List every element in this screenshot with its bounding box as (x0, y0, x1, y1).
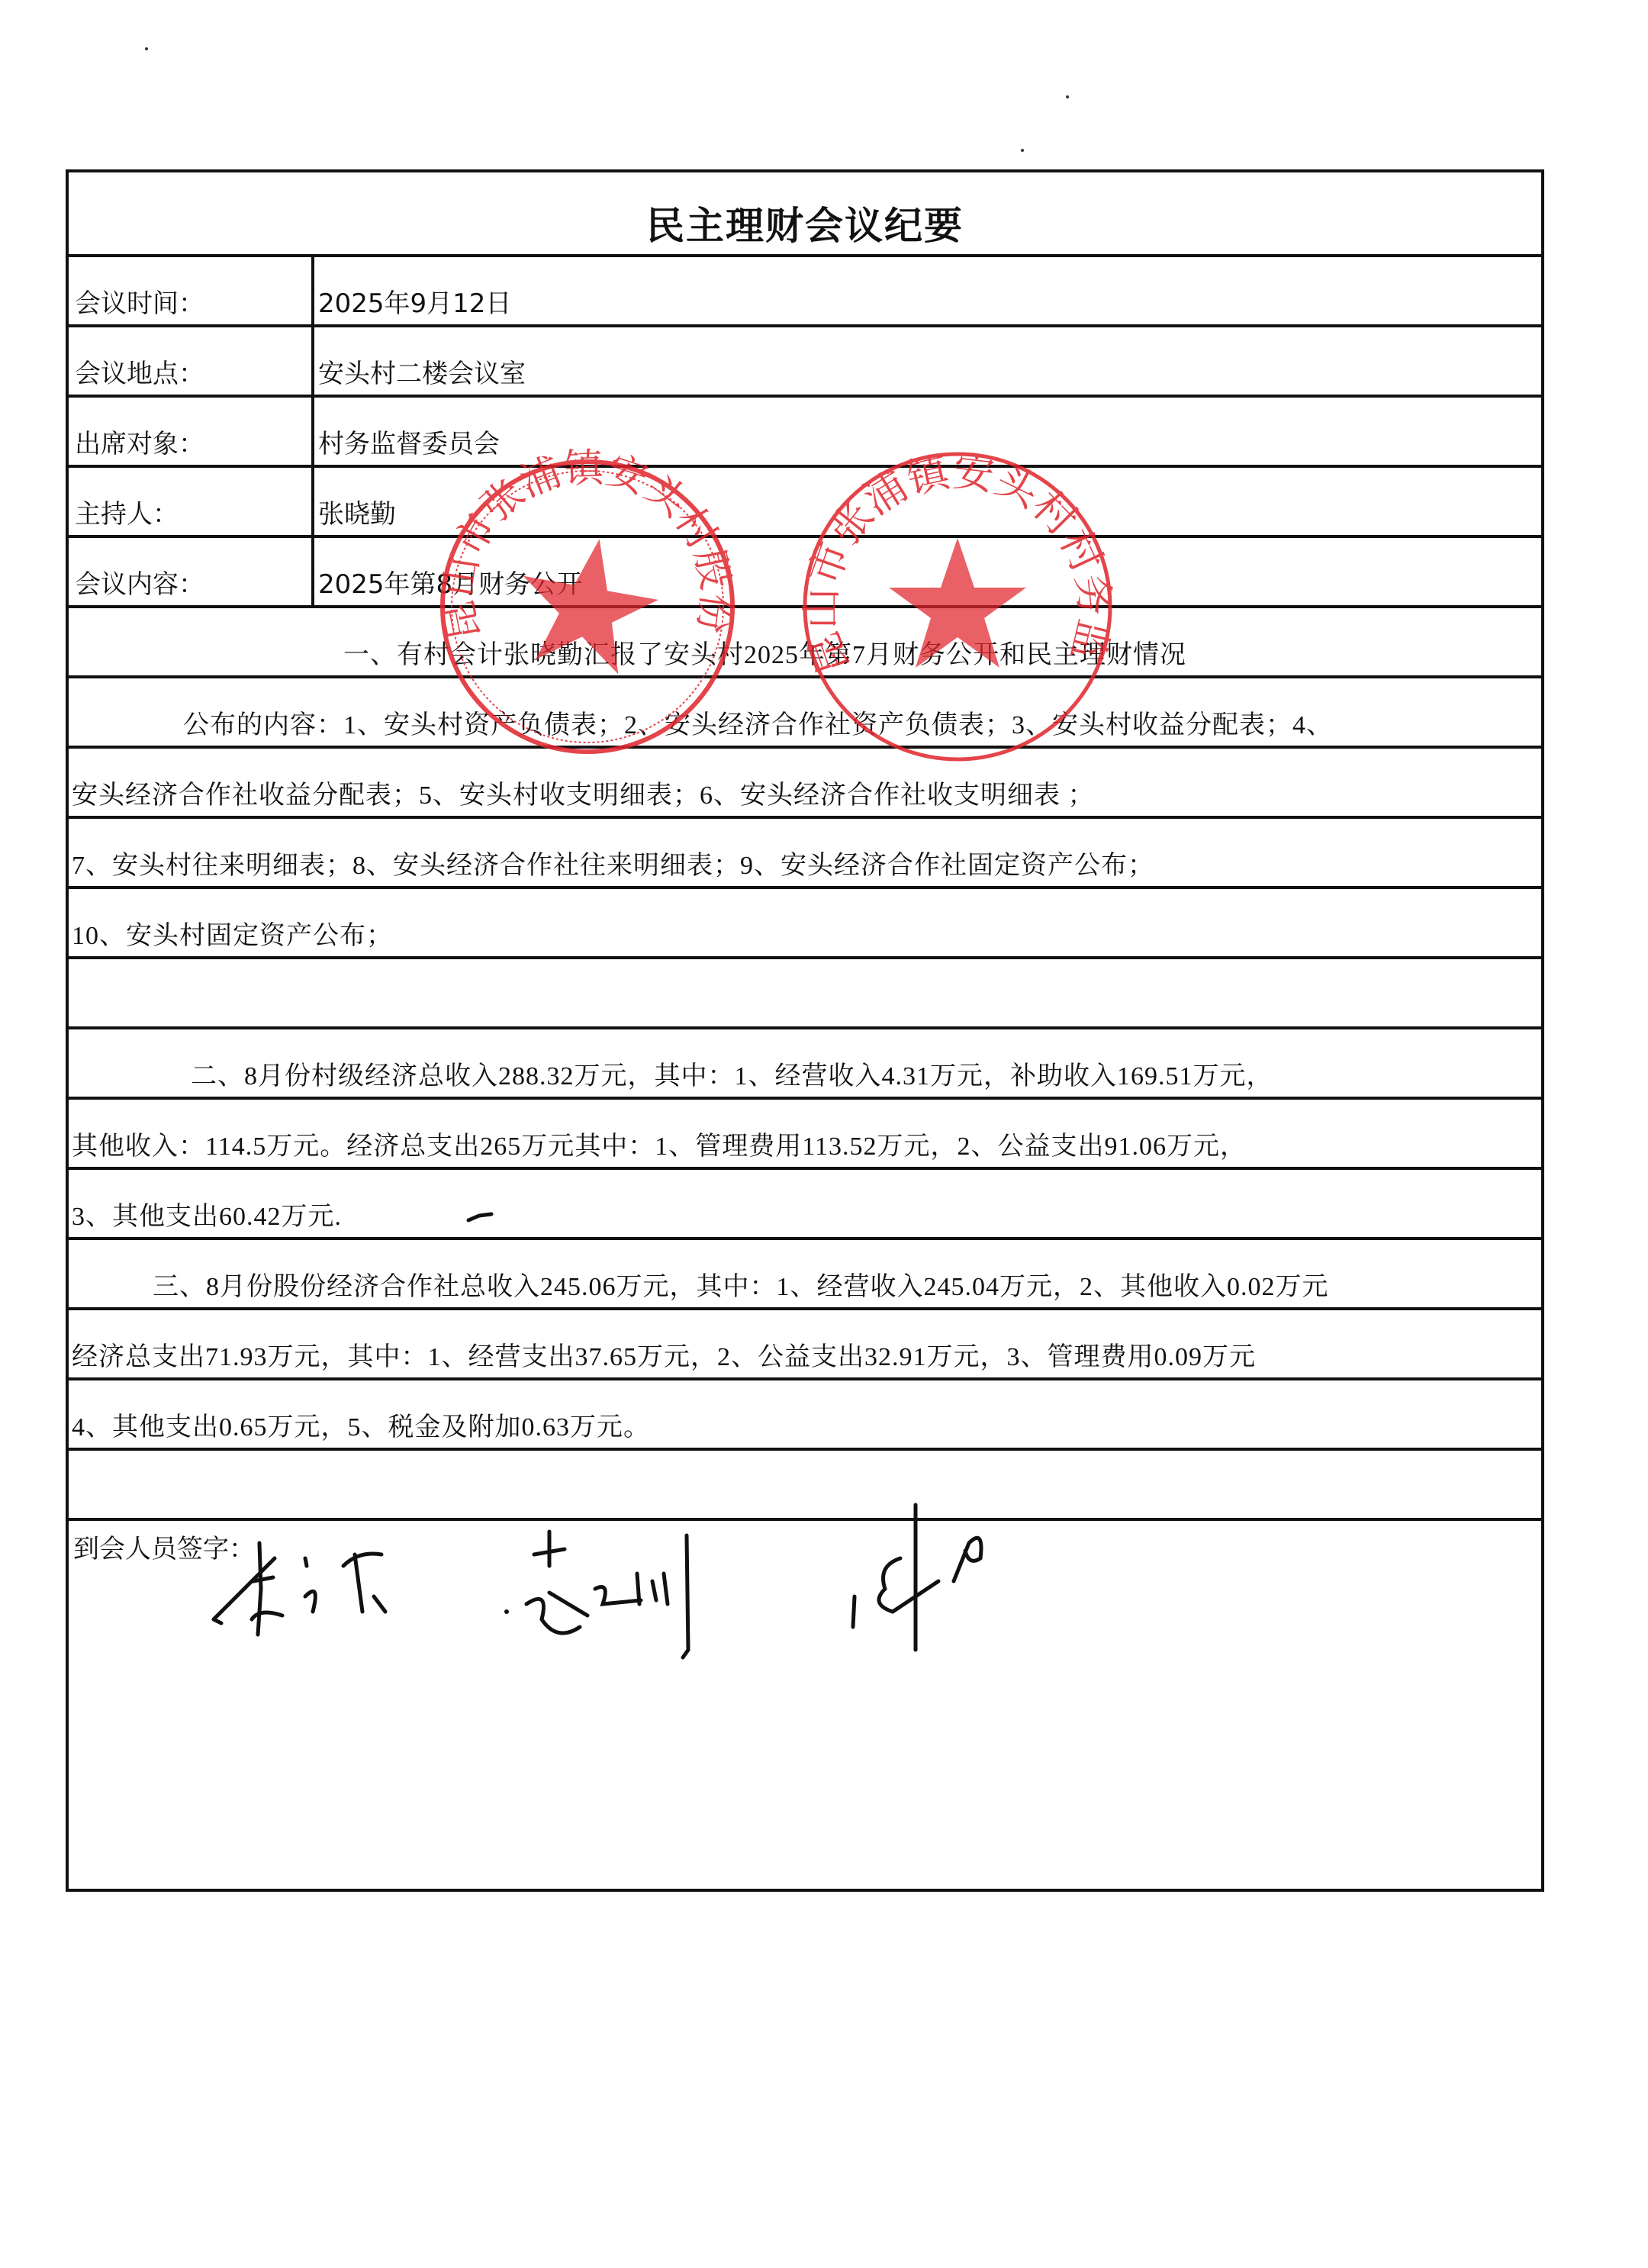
content-label: 会议内容： (75, 563, 204, 601)
document-title: 民主理财会议纪要 (69, 195, 1541, 250)
host-label: 主持人： (75, 493, 179, 530)
signature-area: 到会人员签字： (69, 1520, 1541, 1889)
section3-line: 4、其他支出0.65万元，5、税金及附加0.63万元。 (72, 1406, 650, 1443)
scan-speck (1066, 95, 1069, 98)
attendees-value: 村务监督委员会 (318, 423, 500, 460)
section2-line: 其他收入：114.5万元。经济总支出265万元其中：1、管理费用113.52万元… (72, 1125, 1247, 1162)
signature-1-icon (206, 1535, 404, 1658)
info-row-content: 会议内容： 2025年第8月财务公开 (69, 538, 1541, 608)
signature-3-icon (839, 1497, 1007, 1673)
host-value: 张晓勤 (318, 493, 396, 530)
info-row-time: 会议时间： 2025年9月12日 (69, 257, 1541, 327)
meeting-time-label: 会议时间： (75, 282, 204, 320)
section3-line-row: 4、其他支出0.65万元，5、税金及附加0.63万元。 (69, 1380, 1541, 1451)
section2-line-row: 3、其他支出60.42万元. (69, 1170, 1541, 1240)
section2-line-row: 二、8月份村级经济总收入288.32万元，其中：1、经营收入4.31万元，补助收… (69, 1029, 1541, 1100)
section1-line: 10、安头村固定资产公布； (72, 914, 393, 952)
blank-row (69, 959, 1541, 1029)
info-row-host: 主持人： 张晓勤 (69, 468, 1541, 538)
signature-2-icon (504, 1520, 778, 1665)
pen-mark-icon (465, 1210, 496, 1225)
section2-line: 二、8月份村级经济总收入288.32万元，其中：1、经营收入4.31万元，补助收… (191, 1055, 1273, 1092)
meeting-minutes-form: 民主理财会议纪要 会议时间： 2025年9月12日 会议地点： 安头村二楼会议室… (66, 169, 1544, 1892)
section3-line: 经济总支出71.93万元，其中：1、经营支出37.65万元，2、公益支出32.9… (72, 1335, 1256, 1373)
section1-line-row: 安头经济合作社收益分配表；5、安头村收支明细表；6、安头经济合作社收支明细表 ； (69, 749, 1541, 819)
section1-line: 7、安头村往来明细表；8、安头经济合作社往来明细表；9、安头经济合作社固定资产公… (72, 844, 1154, 881)
section3-line-row: 经济总支出71.93万元，其中：1、经营支出37.65万元，2、公益支出32.9… (69, 1310, 1541, 1380)
section1-heading: 一、有村会计张晓勤汇报了安头村2025年第7月财务公开和民主理财情况 (343, 633, 1186, 671)
blank-row (69, 1451, 1541, 1521)
info-row-location: 会议地点： 安头村二楼会议室 (69, 327, 1541, 398)
section2-line: 3、其他支出60.42万元. (72, 1195, 342, 1232)
section1-line-row: 公布的内容：1、安头村资产负债表；2、安头经济合作社资产负债表；3、安头村收益分… (69, 678, 1541, 749)
section3-line: 三、8月份股份经济合作社总收入245.06万元，其中：1、经营收入245.04万… (153, 1265, 1329, 1303)
section2-line-row: 其他收入：114.5万元。经济总支出265万元其中：1、管理费用113.52万元… (69, 1100, 1541, 1170)
scan-speck (145, 47, 148, 50)
meeting-location-value: 安头村二楼会议室 (318, 353, 526, 390)
attendees-label: 出席对象： (75, 423, 204, 460)
section1-line: 安头经济合作社收益分配表；5、安头村收支明细表；6、安头经济合作社收支明细表 ； (72, 774, 1095, 811)
scan-speck (1021, 149, 1024, 152)
section1-line-row: 10、安头村固定资产公布； (69, 889, 1541, 959)
section1-line: 公布的内容：1、安头村资产负债表；2、安头经济合作社资产负债表；3、安头村收益分… (183, 704, 1333, 741)
meeting-time-value: 2025年9月12日 (318, 282, 511, 320)
section3-line-row: 三、8月份股份经济合作社总收入245.06万元，其中：1、经营收入245.04万… (69, 1240, 1541, 1310)
info-row-attendees: 出席对象： 村务监督委员会 (69, 398, 1541, 468)
title-row: 民主理财会议纪要 (69, 172, 1541, 257)
content-value: 2025年第8月财务公开 (318, 563, 582, 601)
meeting-location-label: 会议地点： (75, 353, 204, 390)
section1-line-row: 7、安头村往来明细表；8、安头经济合作社往来明细表；9、安头经济合作社固定资产公… (69, 819, 1541, 889)
section1-heading-row: 一、有村会计张晓勤汇报了安头村2025年第7月财务公开和民主理财情况 (69, 608, 1541, 678)
